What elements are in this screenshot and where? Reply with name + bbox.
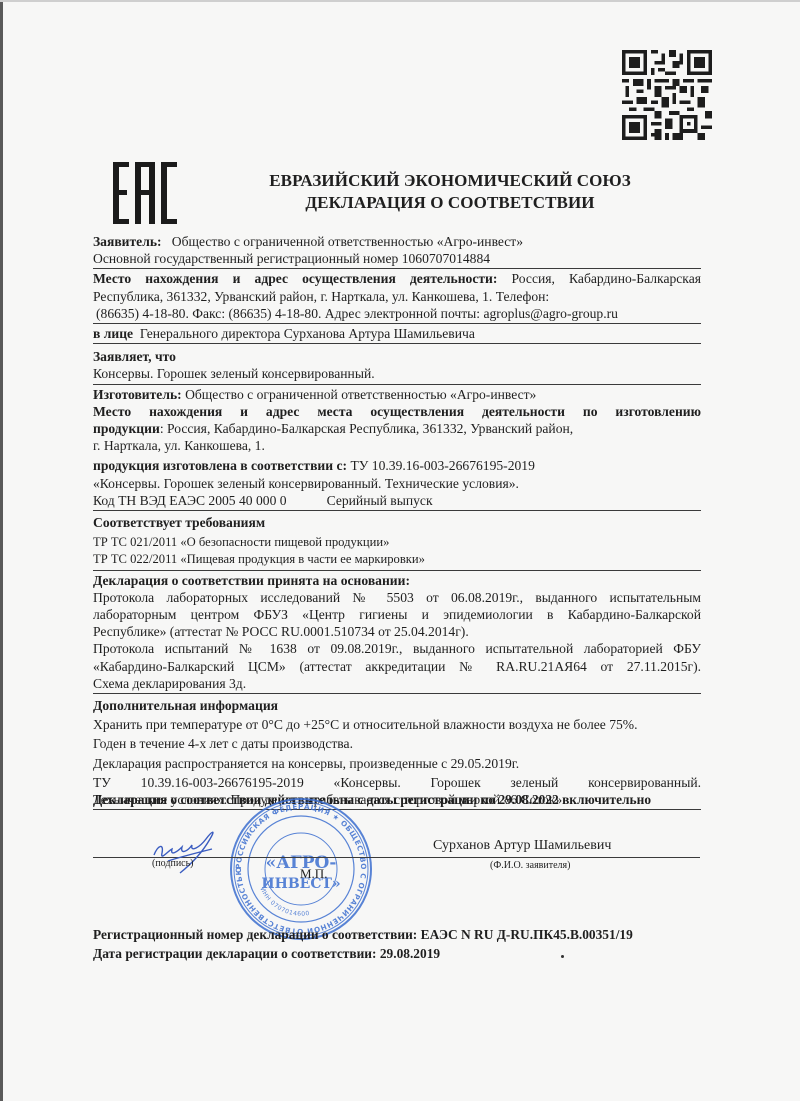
union-title: ЕВРАЗИЙСКИЙ ЭКОНОМИЧЕСКИЙ СОЮЗ <box>240 170 660 192</box>
standard-value: ТУ 10.39.16-003-26676195-2019 <box>350 458 534 473</box>
additional-line: Хранить при температуре от 0°С до +25°С … <box>93 716 701 733</box>
basis-line: Протокола испытаний № 1638 от 09.08.2019… <box>93 640 701 657</box>
signer-name: Сурханов Артур Шамильевич <box>433 838 611 854</box>
manufacturer-section: Изготовитель: Общество с ограниченной от… <box>93 385 701 511</box>
applicant-section: Заявитель: Общество с ограниченной ответ… <box>93 232 701 269</box>
additional-line: Декларация распространяется на консервы,… <box>93 755 701 772</box>
scan-edge-top <box>0 0 800 2</box>
signature-icon <box>150 825 220 880</box>
address-label: Место нахождения и адрес осуществления д… <box>93 271 497 286</box>
requirement-item: ТР ТС 021/2011 «О безопасности пищевой п… <box>93 534 701 551</box>
additional-label: Дополнительная информация <box>93 697 701 714</box>
document-header: ЕВРАЗИЙСКИЙ ЭКОНОМИЧЕСКИЙ СОЮЗ ДЕКЛАРАЦИ… <box>240 170 660 214</box>
representative-value: Генерального директора Сурханова Артура … <box>140 326 475 341</box>
eac-logo-icon <box>113 162 177 224</box>
qr-code-icon <box>622 50 712 140</box>
manufacturer-address-label-2: продукции <box>93 421 160 436</box>
declaration-title: ДЕКЛАРАЦИЯ О СООТВЕТСТВИИ <box>240 192 660 214</box>
requirements-section: Соответствует требованиям ТР ТС 021/2011… <box>93 511 701 571</box>
manufacturer-address-line3: г. Нарткала, ул. Канкошева, 1. <box>93 437 701 454</box>
address-line3: (86635) 4-18-80. Факс: (86635) 4-18-80. … <box>93 305 701 322</box>
basis-line: Протокола лабораторных исследований № 55… <box>93 589 701 606</box>
scan-speck <box>561 955 564 958</box>
basis-line: Схема декларирования 3д. <box>93 675 701 692</box>
applicant-ogrn: Основной государственный регистрационный… <box>93 250 701 267</box>
representative-label: в лице <box>93 326 133 341</box>
signer-caption: (Ф.И.О. заявителя) <box>490 860 570 871</box>
declares-section: Заявляет, что Консервы. Горошек зеленый … <box>93 347 701 384</box>
signature-caption: (подпись) <box>152 858 194 869</box>
tn-ved-code: Код ТН ВЭД ЕАЭС 2005 40 000 0 <box>93 493 287 508</box>
applicant-value: Общество с ограниченной ответственностью… <box>172 234 523 249</box>
basis-label: Декларация о соответствии принята на осн… <box>93 572 701 589</box>
additional-line: Годен в течение 4-х лет с даты производс… <box>93 735 701 752</box>
manufacturer-address-label: Место нахождения и адрес места осуществл… <box>93 403 701 420</box>
standard-name: «Консервы. Горошек зеленый консервирован… <box>93 475 701 492</box>
registration-block: Регистрационный номер декларации о соотв… <box>93 925 633 963</box>
registration-date-label: Дата регистрации декларации о соответств… <box>93 946 376 961</box>
requirements-label: Соответствует требованиям <box>93 514 701 531</box>
manufacturer-address-line2: : Россия, Кабардино-Балкарская Республик… <box>160 421 573 436</box>
basis-line: лабораторным центром ФБУЗ «Центр гигиены… <box>93 606 701 623</box>
applicant-label: Заявитель: <box>93 234 162 249</box>
product-name: Консервы. Горошек зеленый консервированн… <box>93 365 701 382</box>
address-line1: Россия, Кабардино-Балкарская <box>512 271 701 286</box>
basis-line: Республике» (аттестат № РОСС RU.0001.510… <box>93 623 701 640</box>
address-section: Место нахождения и адрес осуществления д… <box>93 269 701 324</box>
basis-section: Декларация о соответствии принята на осн… <box>93 571 701 694</box>
registration-number: ЕАЭС N RU Д-RU.ПК45.В.00351/19 <box>421 927 633 942</box>
validity-statement: Декларация о соответствии действительна … <box>93 792 713 808</box>
representative-section: в лице Генерального директора Сурханова … <box>93 324 701 344</box>
registration-number-label: Регистрационный номер декларации о соотв… <box>93 927 417 942</box>
standard-label: продукция изготовлена в соответствии с: <box>93 458 347 473</box>
additional-line: ТУ 10.39.16-003-26676195-2019 «Консервы.… <box>93 774 701 791</box>
release-type: Серийный выпуск <box>327 493 433 508</box>
declares-label: Заявляет, что <box>93 348 701 365</box>
requirement-item: ТР ТС 022/2011 «Пищевая продукция в част… <box>93 551 701 568</box>
stamp-place-label: М.П. <box>300 866 327 882</box>
manufacturer-label: Изготовитель: <box>93 387 182 402</box>
scan-edge <box>0 0 3 1101</box>
registration-date: 29.08.2019 <box>380 946 440 961</box>
manufacturer-value: Общество с ограниченной ответственностью… <box>185 387 536 402</box>
declaration-body: Заявитель: Общество с ограниченной ответ… <box>93 232 701 810</box>
basis-line: «Кабардино-Балкарский ЦСМ» (аттестат акк… <box>93 658 701 675</box>
address-line2: Республика, 361332, Урванский район, г. … <box>93 288 701 305</box>
